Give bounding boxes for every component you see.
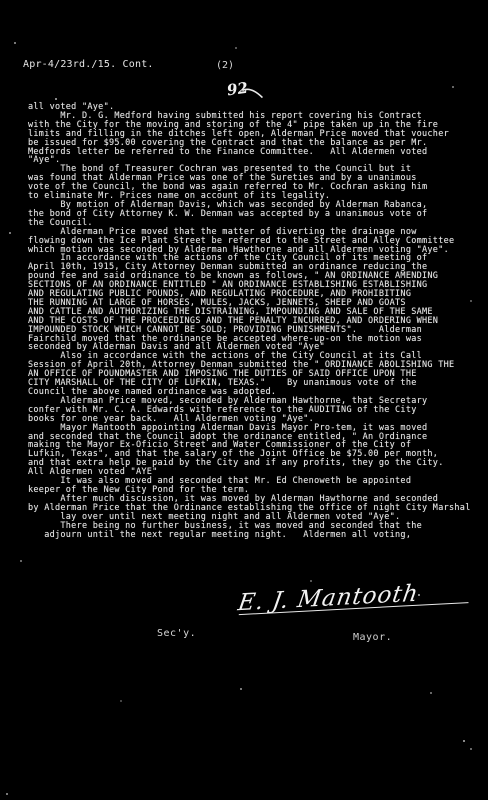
minutes-body-text: all voted "Aye". Mr. D. G. Medford havin… [28,103,473,539]
handwritten-page-number: 92 [226,79,249,100]
secretary-signature-label: Sec'y. [157,628,196,639]
scanned-minutes-page: Apr-4/23rd./15. Cont. (2) 92 all voted "… [0,0,488,800]
page-header-date: Apr-4/23rd./15. Cont. [23,59,154,70]
mayor-signature-label: Mayor. [353,632,392,643]
typed-page-marker: (2) [216,60,234,71]
pen-flourish-icon [241,85,265,102]
mayor-signature-text: E. J. Mantooth [236,581,420,617]
mayor-signature: E. J. Mantooth [238,578,474,615]
scan-noise-speckles [0,0,2,2]
